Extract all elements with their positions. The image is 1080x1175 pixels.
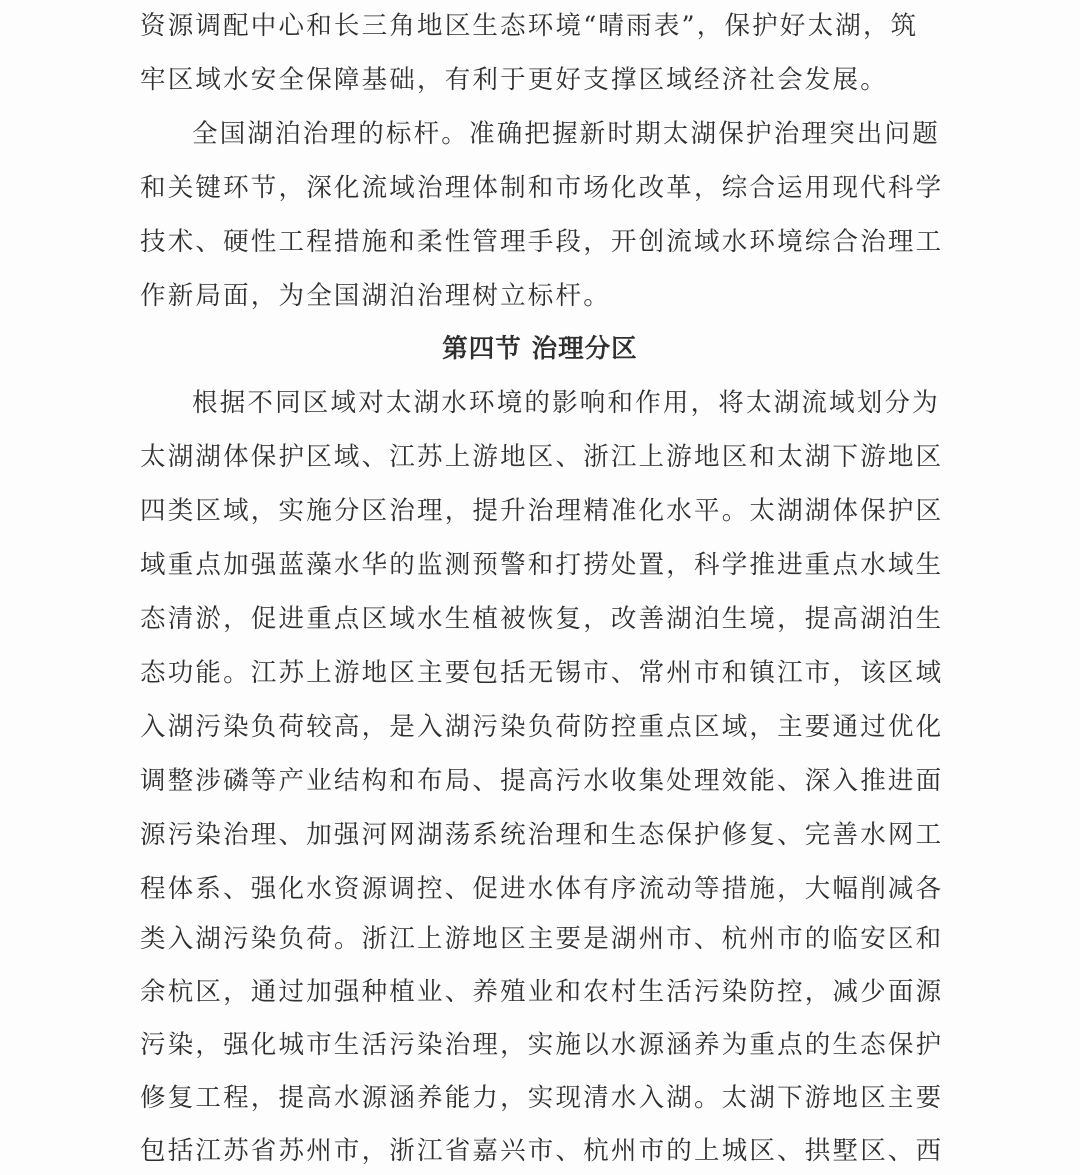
text-line: 态功能。江苏上游地区主要包括无锡市、常州市和镇江市，该区域 (140, 656, 910, 690)
text-line: 包括江苏省苏州市，浙江省嘉兴市、杭州市的上城区、拱墅区、西 (140, 1134, 910, 1168)
text-line: 牢区域水安全保障基础，有利于更好支撑区域经济社会发展。 (140, 63, 910, 97)
text-line: 程体系、强化水资源调控、促进水体有序流动等措施，大幅削减各 (140, 872, 910, 906)
text-line: 类入湖污染负荷。浙江上游地区主要是湖州市、杭州市的临安区和 (140, 922, 910, 956)
document-page: 资源调配中心和长三角地区生态环境“晴雨表”，保护好太湖，筑 牢区域水安全保障基础… (0, 0, 1080, 1175)
section-heading: 第四节 治理分区 (0, 332, 1080, 366)
text-line: 技术、硬性工程措施和柔性管理手段，开创流域水环境综合治理工 (140, 225, 910, 259)
text-line: 和关键环节，深化流域治理体制和市场化改革，综合运用现代科学 (140, 171, 910, 205)
text-line: 入湖污染负荷较高，是入湖污染负荷防控重点区域，主要通过优化 (140, 710, 910, 744)
text-line: 态清淤，促进重点区域水生植被恢复，改善湖泊生境，提高湖泊生 (140, 602, 910, 636)
text-line: 太湖湖体保护区域、江苏上游地区、浙江上游地区和太湖下游地区 (140, 440, 910, 474)
text-line: 四类区域，实施分区治理，提升治理精准化水平。太湖湖体保护区 (140, 494, 910, 528)
text-line: 源污染治理、加强河网湖荡系统治理和生态保护修复、完善水网工 (140, 818, 910, 852)
text-line: 修复工程，提高水源涵养能力，实现清水入湖。太湖下游地区主要 (140, 1081, 910, 1115)
text-line: 域重点加强蓝藻水华的监测预警和打捞处置，科学推进重点水域生 (140, 548, 910, 582)
text-line: 根据不同区域对太湖水环境的影响和作用，将太湖流域划分为 (192, 386, 910, 420)
text-line: 污染，强化城市生活污染治理，实施以水源涵养为重点的生态保护 (140, 1028, 910, 1062)
text-line: 全国湖泊治理的标杆。准确把握新时期太湖保护治理突出问题 (192, 117, 910, 151)
text-line: 余杭区，通过加强种植业、养殖业和农村生活污染防控，减少面源 (140, 975, 910, 1009)
text-line: 资源调配中心和长三角地区生态环境“晴雨表”，保护好太湖，筑 (140, 9, 910, 43)
text-line: 调整涉磷等产业结构和布局、提高污水收集处理效能、深入推进面 (140, 764, 910, 798)
text-line: 作新局面，为全国湖泊治理树立标杆。 (140, 279, 910, 313)
